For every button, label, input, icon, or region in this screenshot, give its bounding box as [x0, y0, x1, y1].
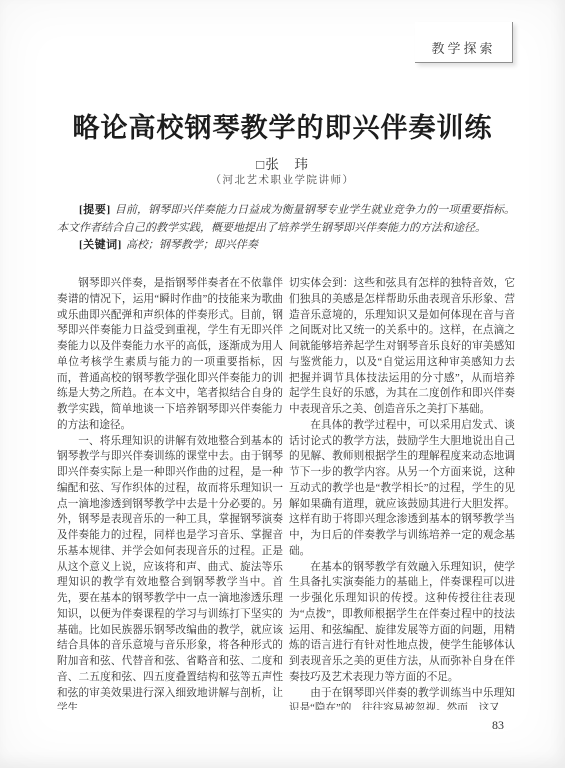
paragraph: 钢琴即兴伴奏，是指钢琴伴奏者在不依靠伴奏谱的情况下，运用“瞬时作曲”的技能来为歌… — [57, 276, 283, 434]
section-tag: 教学探索 — [415, 22, 513, 63]
paragraph: 由于在钢琴即兴伴奏的教学训练当中乐理知识是“隐在”的，往往容易被忽视。然而，这又 — [289, 686, 515, 711]
page-title: 略论高校钢琴教学的即兴伴奏训练 — [0, 106, 565, 145]
page-number: 83 — [478, 718, 518, 733]
keywords-text: 高校；钢琴教学；即兴伴奏 — [126, 239, 258, 251]
affiliation: （河北艺术职业学院讲师） — [0, 172, 565, 187]
author-name: 张 玮 — [265, 157, 309, 172]
paper-page: 教学探索 略论高校钢琴教学的即兴伴奏训练 □张 玮 （河北艺术职业学院讲师） [… — [0, 0, 565, 768]
section-tag-label: 教学探索 — [431, 38, 495, 62]
abstract: [提要]目前，钢琴即兴伴奏能力日益成为衡量钢琴专业学生就业竞争力的一项重要指标。… — [57, 202, 515, 237]
abstract-text: 目前，钢琴即兴伴奏能力日益成为衡量钢琴专业学生就业竞争力的一项重要指标。本文作者… — [57, 204, 515, 234]
right-column: 切实体会到：这些和弦具有怎样的独特音效，它们独具的美感是怎样帮助乐曲表现音乐形象… — [289, 276, 515, 710]
abstract-label: [提要] — [79, 204, 115, 216]
keywords-label: [关键词] — [79, 239, 126, 251]
paragraph: 在具体的教学过程中，可以采用启发式、谈话讨论式的教学方法，鼓励学生大胆地说出自己… — [289, 418, 515, 560]
author-marker-icon: □ — [256, 157, 265, 172]
keywords: [关键词]高校；钢琴教学；即兴伴奏 — [57, 237, 515, 255]
author-line: □张 玮 — [0, 153, 565, 173]
left-column: 钢琴即兴伴奏，是指钢琴伴奏者在不依靠伴奏谱的情况下，运用“瞬时作曲”的技能来为歌… — [57, 276, 283, 710]
paragraph: 切实体会到：这些和弦具有怎样的独特音效，它们独具的美感是怎样帮助乐曲表现音乐形象… — [289, 276, 515, 418]
body-columns: 钢琴即兴伴奏，是指钢琴伴奏者在不依靠伴奏谱的情况下，运用“瞬时作曲”的技能来为歌… — [57, 276, 515, 710]
paragraph: 一、将乐理知识的讲解有效地整合到基本的钢琴教学与即兴伴奏训练的课堂中去。由于钢琴… — [57, 434, 283, 711]
paragraph: 在基本的钢琴教学有效融入乐理知识，使学生具备扎实演奏能力的基础上，伴奏课程可以进… — [289, 560, 515, 686]
abstract-block: [提要]目前，钢琴即兴伴奏能力日益成为衡量钢琴专业学生就业竞争力的一项重要指标。… — [57, 202, 515, 255]
